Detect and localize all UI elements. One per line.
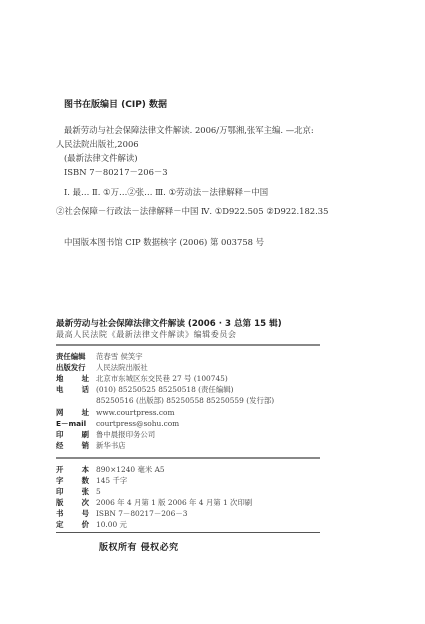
info-value: courtpress@sohu.com [96,419,179,428]
info-row-phone-cont: 85250516 (出版部) 85250558 85250559 (发行部) [56,395,274,406]
cip-title: 图书在版编目 (CIP) 数据 [64,97,167,110]
info-row-publisher: 出版发行人民法院出版社 [56,362,148,373]
spec-label: 版次 [56,497,89,508]
divider-rule [56,344,320,346]
info-value: (010) 85250525 85250518 (责任编辑) [96,385,234,394]
info-value: 新华书店 [96,441,126,450]
spec-value: 2006 年 4 月第 1 版 2006 年 4 月第 1 次印刷 [96,498,252,507]
book-title: 最新劳动与社会保障法律文件解读 (2006 · 3 总第 15 辑) [56,317,282,329]
spec-label: 印张 [56,486,89,497]
info-row-email: E－mailcourtpress@sohu.com [56,418,179,429]
cip-line: ISBN 7－80217－206－3 [64,166,168,178]
spec-row-sheets: 印张5 [56,486,101,497]
spec-label: 字数 [56,475,89,486]
spec-row-format: 开本890×1240 毫米 A5 [56,464,165,475]
cip-line: 人民法院出版社,2006 [56,138,139,150]
cip-line: 最新劳动与社会保障法律文件解读. 2006/万鄂湘,张军主编. —北京: [64,124,314,136]
cip-classification: Ⅰ. 最… Ⅱ. ①万…②张… Ⅲ. ①劳动法－法律解释－中国 [64,186,268,198]
info-label: 印刷 [56,429,89,440]
info-row-website: 网址www.courtpress.com [56,407,174,418]
info-label: 责任编辑 [56,351,96,362]
copyright-notice: 版权所有 侵权必究 [99,540,179,553]
info-value: www.courtpress.com [96,408,174,417]
book-editorial-board: 最高人民法院《最新法律文件解读》编辑委员会 [56,329,237,340]
info-value: 北京市东城区东交民巷 27 号 (100745) [96,374,228,383]
info-label: E－mail [56,418,96,429]
spec-label: 开本 [56,464,89,475]
spec-row-isbn: 书号ISBN 7－80217－206－3 [56,508,187,519]
info-label: 经销 [56,440,89,451]
spec-value: 145 千字 [96,476,127,485]
info-row-address: 地址北京市东城区东交民巷 27 号 (100745) [56,373,228,384]
info-label: 网址 [56,407,89,418]
spec-label: 书号 [56,508,89,519]
info-row-editor: 责任编辑范春雪 侯笑宇 [56,351,143,362]
spec-value: 890×1240 毫米 A5 [96,465,165,474]
spec-value: 10.00 元 [96,520,127,529]
info-value: 人民法院出版社 [96,363,148,372]
info-row-printer: 印刷鲁中晨报印务公司 [56,429,155,440]
info-value: 范春雪 侯笑宇 [96,352,143,361]
info-label: 电话 [56,384,89,395]
spec-label: 定价 [56,519,89,530]
spec-row-edition: 版次2006 年 4 月第 1 版 2006 年 4 月第 1 次印刷 [56,497,252,508]
spec-value: ISBN 7－80217－206－3 [96,509,187,518]
cip-line: (最新法律文件解读) [64,152,138,164]
spec-row-price: 定价10.00 元 [56,519,127,530]
info-row-distributor: 经销新华书店 [56,440,126,451]
cip-classification: ②社会保障－行政法－法律解释－中国 Ⅳ. ①D922.505 ②D922.182… [56,205,328,217]
cip-verification: 中国版本图书馆 CIP 数据核字 (2006) 第 003758 号 [64,236,264,248]
info-label: 地址 [56,373,89,384]
info-value: 鲁中晨报印务公司 [96,430,155,439]
divider-rule [56,457,320,459]
info-value: 85250516 (出版部) 85250558 85250559 (发行部) [96,396,274,405]
spec-row-wordcount: 字数145 千字 [56,475,127,486]
info-label: 出版发行 [56,362,96,373]
divider-rule [56,532,320,533]
spec-value: 5 [96,487,101,496]
info-row-phone: 电话(010) 85250525 85250518 (责任编辑) [56,384,234,395]
